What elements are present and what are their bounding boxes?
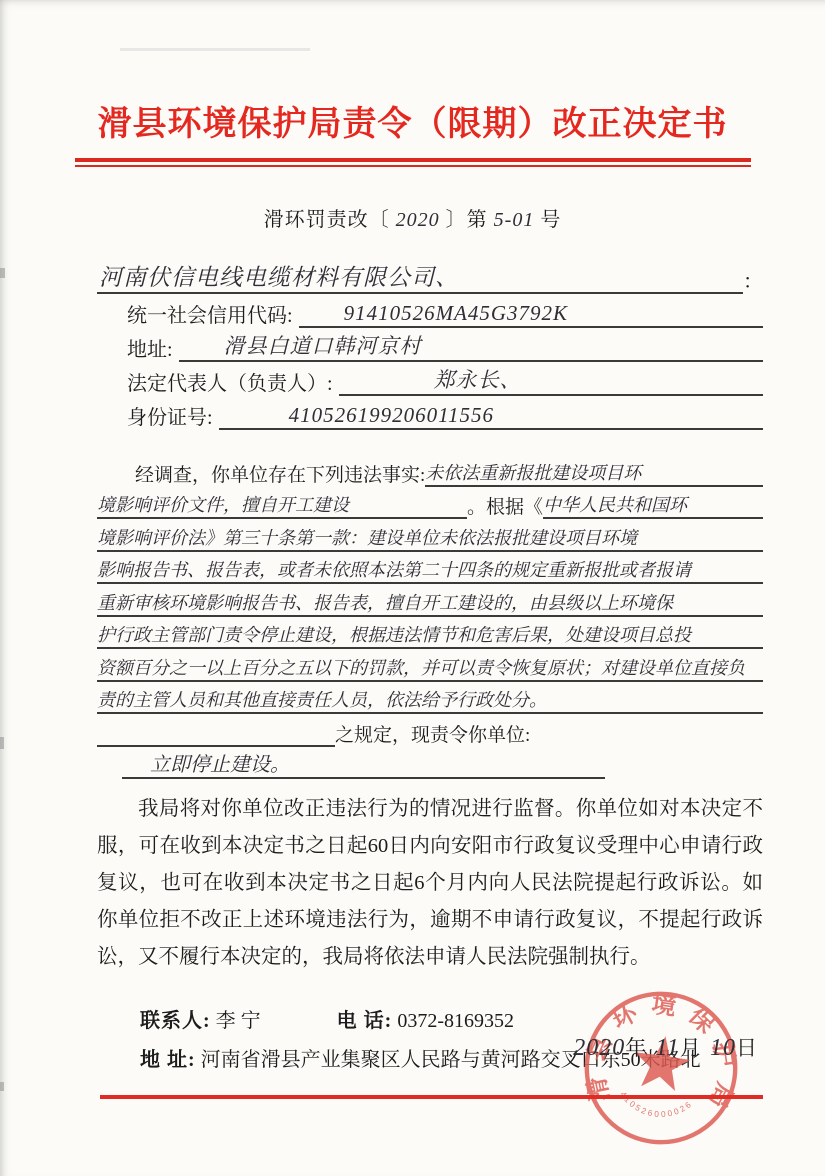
doc-no-year: 2020: [396, 209, 440, 231]
facts-line: 经调查，你单位存在下列违法事实: 未依法重新报批建设项目环: [97, 454, 763, 487]
facts-line: 影响报告书、报告表，或者未依照本法第二十四条的规定重新报批或者报请: [97, 552, 763, 585]
scan-artifact: [0, 737, 4, 749]
provision-line: 之规定，现责令你单位:: [97, 714, 763, 747]
order-line: 立即停止建设。: [97, 747, 763, 780]
facts-line: 护行政主管部门责令停止建设，根据违法情节和危害后果，处建设项目总投: [97, 617, 763, 650]
id-number-value: 410526199206011556: [289, 403, 494, 427]
contact-phone: 0372-8169352: [397, 1010, 514, 1032]
svg-text:410526000026: 410526000026: [616, 1088, 696, 1124]
contact-person: 李 宁: [216, 1010, 261, 1032]
date-line: 2020年 11月 10日: [573, 1032, 759, 1062]
date-year: 2020: [573, 1035, 625, 1061]
date-month-unit: 月: [680, 1036, 703, 1060]
date-day: 10: [710, 1035, 736, 1061]
provision-text: 之规定，现责令你单位:: [335, 720, 530, 747]
credit-code-value: 91410526MA45G3792K: [344, 301, 569, 325]
doc-no-close: 〕第: [446, 209, 488, 231]
facts-intro: 经调查，你单位存在下列违法事实:: [135, 460, 425, 487]
legal-citation-line: 责的主管人员和其他直接责任人员，依法给予行政处分。: [97, 690, 547, 710]
facts-handwritten: 中华人民共和国环: [543, 495, 687, 515]
recipient-block: 河南伏信电线电缆材料有限公司、 ： 统一社会信用代码: 91410526MA45…: [97, 260, 763, 430]
recipient-fields: 统一社会信用代码: 91410526MA45G3792K 地址: 滑县白道口韩河…: [127, 294, 763, 430]
doc-no-serial: 5-01: [494, 209, 535, 231]
order-handwritten: 立即停止建设。: [150, 754, 290, 776]
date-day-unit: 日: [736, 1036, 759, 1060]
field-address: 地址: 滑县白道口韩河京村: [127, 328, 763, 362]
field-label: 地址:: [127, 333, 179, 362]
blank-underline: [97, 745, 335, 747]
date-year-unit: 年: [625, 1036, 648, 1060]
date-month: 11: [656, 1035, 680, 1061]
scanned-document-page: 滑县环境保护局责令（限期）改正决定书 滑环罚责改〔 2020 〕第 5-01 号…: [0, 0, 825, 1176]
supervision-paragraph: 我局将对你单位改正违法行为的情况进行监督。你单位如对本决定不服，可在收到本决定书…: [97, 791, 763, 976]
contact-person-label: 联系人:: [140, 1010, 211, 1032]
blank-underline: [349, 517, 467, 519]
field-label: 统一社会信用代码:: [127, 299, 299, 328]
blank-underline: [463, 292, 743, 294]
document-title: 滑县环境保护局责令（限期）改正决定书: [0, 0, 825, 145]
facts-line: 境影响评价文件，擅自开工建设 。根据《 中华人民共和国环: [97, 487, 763, 520]
recipient-company-line: 河南伏信电线电缆材料有限公司、 ：: [97, 260, 763, 294]
scan-artifact: [0, 1082, 4, 1091]
legal-citation-line: 影响报告书、报告表，或者未依照本法第二十四条的规定重新报批或者报请: [97, 560, 691, 580]
facts-line: 境影响评价法》第三十条第一款：建设单位未依法报批建设项目环境: [97, 519, 763, 552]
field-label: 身份证号:: [127, 401, 219, 430]
official-seal: 滑县环境保护局 410526000026: [567, 974, 754, 1161]
contact-address-label: 地 址:: [140, 1049, 196, 1071]
field-label: 法定代表人（负责人）:: [127, 367, 339, 396]
legal-representative-value: 郑永长、: [434, 368, 522, 392]
doc-no-suffix: 号: [540, 209, 561, 231]
legal-citation-line: 护行政主管部门责令停止建设，根据违法情节和危害后果，处建设项目总投: [97, 625, 691, 645]
address-value: 滑县白道口韩河京村: [224, 334, 422, 358]
legal-citation-line: 重新审核环境影响报告书、报告表，擅自开工建设的，由县级以上环境保: [97, 593, 673, 613]
facts-basis-lead: 。根据《: [467, 492, 543, 519]
facts-handwritten: 未依法重新报批建设项目环: [425, 463, 641, 483]
field-id-number: 身份证号: 410526199206011556: [127, 396, 763, 430]
facts-line: 责的主管人员和其他直接责任人员，依法给予行政处分。: [97, 682, 763, 715]
violation-facts-section: 经调查，你单位存在下列违法事实: 未依法重新报批建设项目环 境影响评价文件，擅自…: [97, 454, 763, 779]
contact-phone-label: 电 话:: [337, 1010, 393, 1032]
legal-citation-line: 资额百分之一以上百分之五以下的罚款，并可以责令恢复原状；对建设单位直接负: [97, 658, 745, 678]
facts-line: 资额百分之一以上百分之五以下的罚款，并可以责令恢复原状；对建设单位直接负: [97, 649, 763, 682]
doc-no-prefix: 滑环罚责改〔: [264, 209, 390, 231]
seal-code: 410526000026: [616, 1088, 696, 1124]
recipient-company-name: 河南伏信电线电缆材料有限公司、: [97, 259, 463, 294]
document-number: 滑环罚责改〔 2020 〕第 5-01 号: [0, 203, 825, 232]
facts-handwritten: 境影响评价文件，擅自开工建设: [97, 495, 349, 515]
field-credit-code: 统一社会信用代码: 91410526MA45G3792K: [127, 294, 763, 328]
footer-divider: [100, 1095, 763, 1099]
field-legal-representative: 法定代表人（负责人）: 郑永长、: [127, 362, 763, 396]
facts-line: 重新审核环境影响报告书、报告表，擅自开工建设的，由县级以上环境保: [97, 584, 763, 617]
legal-citation-line: 境影响评价法》第三十条第一款：建设单位未依法报批建设项目环境: [97, 528, 637, 548]
scan-artifact: [0, 268, 5, 278]
scan-artifact: [120, 48, 310, 51]
title-divider: [75, 158, 751, 167]
recipient-colon: ：: [743, 265, 763, 294]
